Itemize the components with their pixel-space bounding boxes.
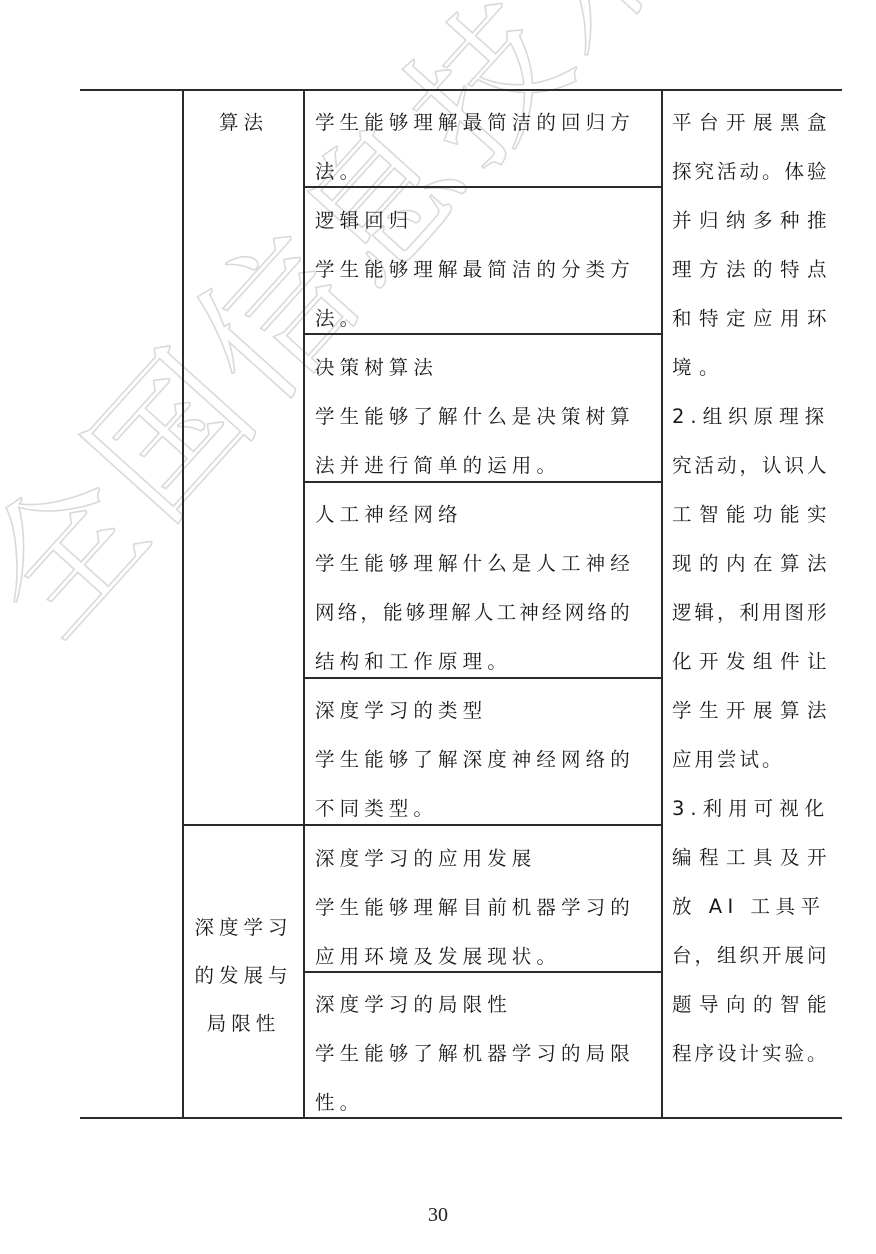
content-line: 应用环境及发展现状。 [315, 932, 635, 981]
suggestion-line: 台，组织开展问 [672, 931, 834, 980]
suggestion-line: 3.利用可视化 [672, 784, 834, 833]
suggestion-line: 学生开展算法 [672, 686, 834, 735]
content-item-neural-network: 人工神经网络 学生能够理解什么是人工神经 网络，能够理解人工神经网络的 结构和工… [315, 490, 635, 686]
content-line: 结构和工作原理。 [315, 637, 635, 686]
content-line: 学生能够理解目前机器学习的 [315, 883, 635, 932]
suggestion-line: 程序设计实验。 [672, 1029, 834, 1078]
suggestion-line: 应用尝试。 [672, 735, 834, 784]
suggestion-line: 境。 [672, 343, 834, 392]
content-line: 性。 [315, 1078, 635, 1127]
content-item-regression: 学生能够理解最简洁的回归方 法。 [315, 98, 635, 196]
group-label-deep-learning-development: 深度学习 的发展与 局限性 [183, 904, 304, 1048]
content-line: 学生能够了解机器学习的局限 [315, 1029, 635, 1078]
suggestion-line: 放 AI 工具平 [672, 882, 834, 931]
content-line: 法。 [315, 147, 635, 196]
content-item-deep-learning-limitations: 深度学习的局限性 学生能够了解机器学习的局限 性。 [315, 980, 635, 1127]
group-label-algorithm: 算法 [183, 98, 304, 147]
content-line: 深度学习的应用发展 [315, 834, 635, 883]
suggestion-line: 工智能功能实 [672, 490, 834, 539]
page-number: 30 [0, 1204, 876, 1227]
content-line: 人工神经网络 [315, 490, 635, 539]
group-label-line: 的发展与 [183, 952, 304, 1000]
suggestion-line: 究活动，认识人 [672, 441, 834, 490]
content-line: 深度学习的局限性 [315, 980, 635, 1029]
column-divider-3 [661, 89, 663, 1118]
content-line: 学生能够理解最简洁的回归方 [315, 98, 635, 147]
content-line: 深度学习的类型 [315, 686, 635, 735]
suggestion-line: 平台开展黑盒 [672, 98, 834, 147]
content-line: 学生能够理解什么是人工神经 [315, 539, 635, 588]
content-line: 学生能够了解什么是决策树算 [315, 392, 635, 441]
content-line: 法。 [315, 294, 635, 343]
suggestion-line: 理方法的特点 [672, 245, 834, 294]
content-line: 逻辑回归 [315, 196, 635, 245]
document-page: 全国信息技术 算法 深度学习 的发展与 局限性 学生能够理解最简洁的回归方 法。 [0, 0, 876, 1254]
suggestion-line: 现的内在算法 [672, 539, 834, 588]
group-label-line: 算法 [183, 98, 304, 147]
suggestion-line: 题导向的智能 [672, 980, 834, 1029]
content-item-logistic-regression: 逻辑回归 学生能够理解最简洁的分类方 法。 [315, 196, 635, 343]
content-line: 网络，能够理解人工神经网络的 [315, 588, 635, 637]
content-item-decision-tree: 决策树算法 学生能够了解什么是决策树算 法并进行简单的运用。 [315, 343, 635, 490]
teaching-suggestions: 平台开展黑盒 探究活动。体验 并归纳多种推 理方法的特点 和特定应用环 境。 2… [672, 98, 834, 1078]
group-label-line: 局限性 [183, 1000, 304, 1048]
content-item-deep-learning-applications: 深度学习的应用发展 学生能够理解目前机器学习的 应用环境及发展现状。 [315, 834, 635, 981]
suggestion-line: 2.组织原理探 [672, 392, 834, 441]
suggestion-line: 并归纳多种推 [672, 196, 834, 245]
suggestion-line: 探究活动。体验 [672, 147, 834, 196]
suggestion-line: 化开发组件让 [672, 637, 834, 686]
content-line: 法并进行简单的运用。 [315, 441, 635, 490]
content-line: 学生能够理解最简洁的分类方 [315, 245, 635, 294]
content-line: 决策树算法 [315, 343, 635, 392]
content-line: 不同类型。 [315, 784, 635, 833]
table-top-border [80, 89, 842, 91]
suggestion-line: 编程工具及开 [672, 833, 834, 882]
suggestion-line: 逻辑，利用图形 [672, 588, 834, 637]
suggestion-line: 和特定应用环 [672, 294, 834, 343]
group-label-line: 深度学习 [183, 904, 304, 952]
content-item-deep-learning-types: 深度学习的类型 学生能够了解深度神经网络的 不同类型。 [315, 686, 635, 833]
content-line: 学生能够了解深度神经网络的 [315, 735, 635, 784]
